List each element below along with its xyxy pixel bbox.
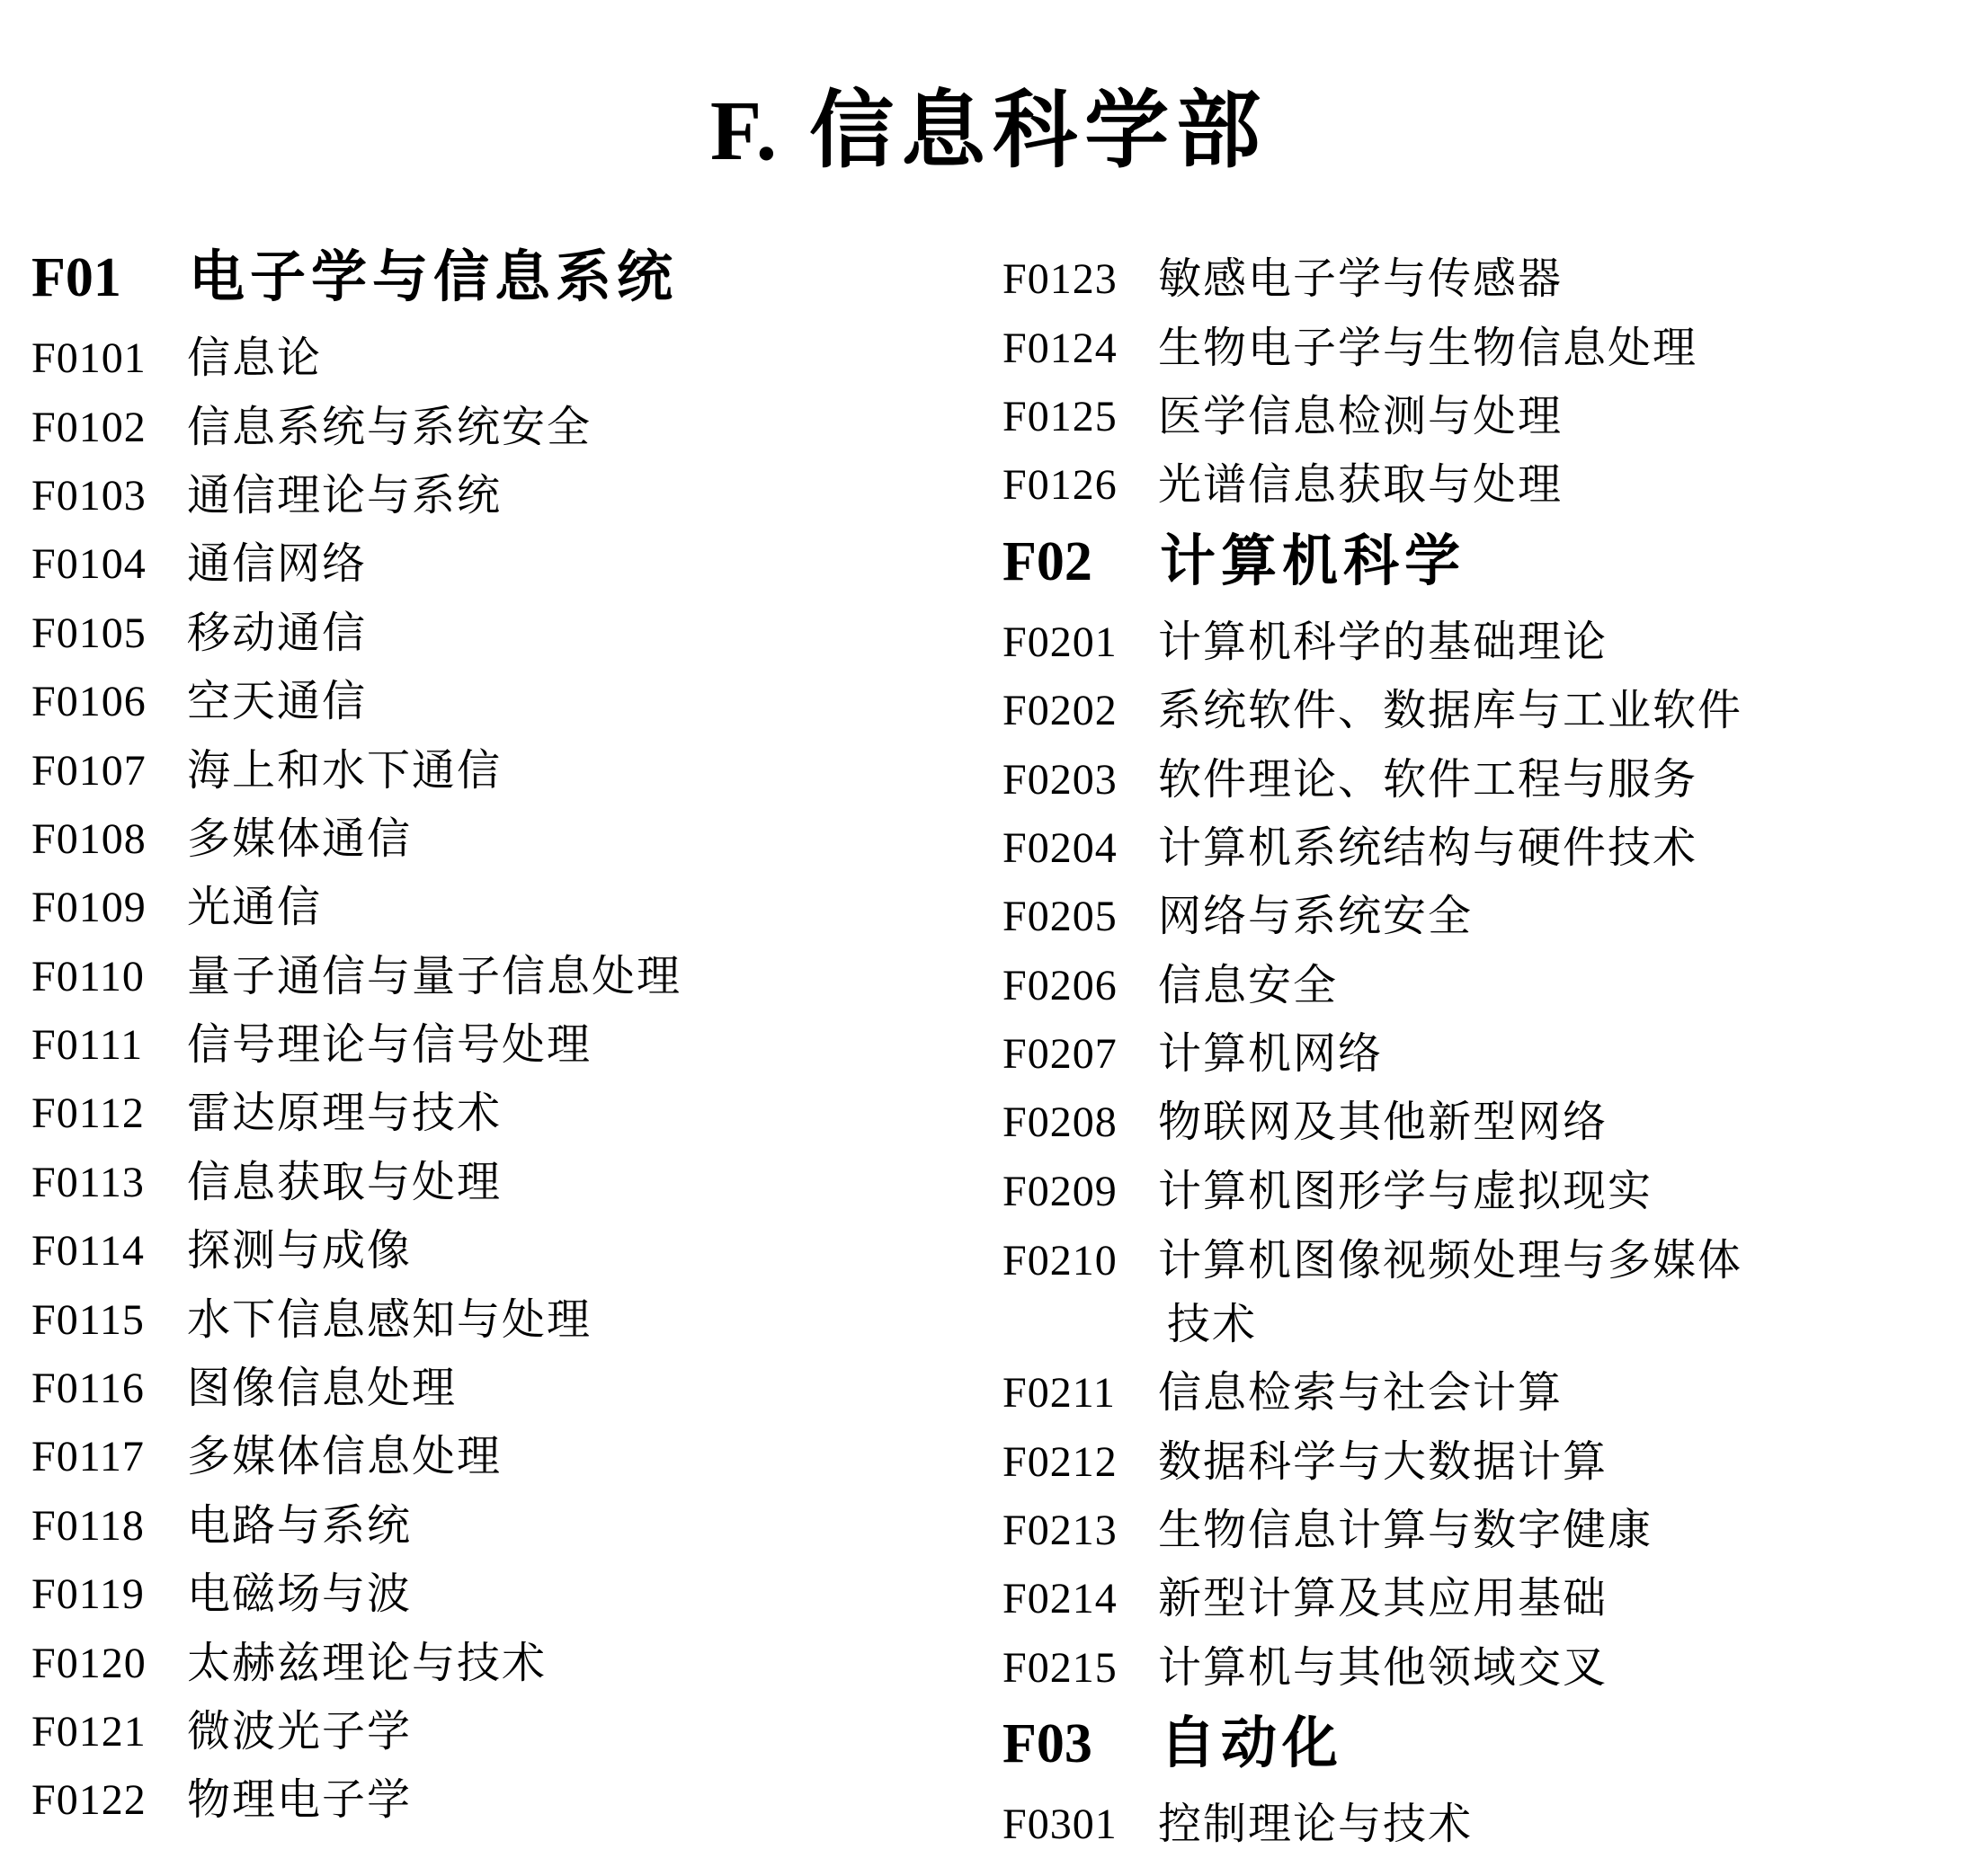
discipline-label: 控制理论与技术 bbox=[1158, 1803, 1473, 1846]
section-label: 自动化 bbox=[1160, 1716, 1343, 1772]
discipline-row: F0210 计算机图像视频处理与多媒体技术 bbox=[1002, 1226, 1978, 1359]
discipline-row: F0215 计算机与其他领域交叉 bbox=[1002, 1634, 1978, 1703]
discipline-row: F0126 光谱信息获取与处理 bbox=[1002, 451, 1978, 520]
discipline-code: F0102 bbox=[31, 406, 187, 449]
discipline-code: F0205 bbox=[1002, 895, 1158, 938]
discipline-code: F0301 bbox=[1002, 1803, 1158, 1846]
discipline-label: 雷达原理与技术 bbox=[187, 1092, 502, 1135]
discipline-code: F0124 bbox=[1002, 327, 1158, 370]
discipline-label: 物联网及其他新型网络 bbox=[1158, 1101, 1608, 1144]
discipline-row: F0213 生物信息计算与数字健康 bbox=[1002, 1497, 1978, 1565]
discipline-row: F0124 生物电子学与生物信息处理 bbox=[1002, 314, 1978, 382]
discipline-code: F0208 bbox=[1002, 1101, 1158, 1144]
discipline-row: F0212 数据科学与大数据计算 bbox=[1002, 1427, 1978, 1496]
section-label: 计算机科学 bbox=[1160, 534, 1466, 590]
discipline-label: 信息获取与处理 bbox=[187, 1161, 502, 1205]
discipline-code: F0113 bbox=[31, 1161, 187, 1205]
discipline-row: F0112 雷达原理与技术 bbox=[31, 1080, 980, 1148]
discipline-row: F0115 水下信息感知与处理 bbox=[31, 1285, 980, 1354]
discipline-row: F0207 计算机网络 bbox=[1002, 1020, 1978, 1089]
discipline-code: F0203 bbox=[1002, 759, 1158, 802]
discipline-label: 通信网络 bbox=[187, 543, 367, 586]
discipline-code: F0101 bbox=[31, 337, 187, 380]
discipline-code: F0110 bbox=[31, 956, 187, 999]
discipline-label: 生物电子学与生物信息处理 bbox=[1158, 327, 1697, 370]
discipline-label-line1: 计算机图像视频处理与多媒体 bbox=[1158, 1229, 1742, 1293]
discipline-code: F0111 bbox=[31, 1024, 187, 1067]
discipline-row: F0102 信息系统与系统安全 bbox=[31, 393, 980, 461]
discipline-code: F0204 bbox=[1002, 827, 1158, 870]
discipline-row: F0121 微波光子学 bbox=[31, 1698, 980, 1766]
discipline-label: 数据科学与大数据计算 bbox=[1158, 1441, 1608, 1484]
discipline-code: F0119 bbox=[31, 1573, 187, 1616]
discipline-code: F0106 bbox=[31, 680, 187, 724]
discipline-code: F0105 bbox=[31, 612, 187, 655]
discipline-label: 微波光子学 bbox=[187, 1711, 412, 1754]
discipline-code: F0103 bbox=[31, 475, 187, 518]
discipline-code: F0112 bbox=[31, 1092, 187, 1135]
discipline-label: 新型计算及其应用基础 bbox=[1158, 1578, 1608, 1621]
page-title: F.信息科学部 bbox=[0, 88, 1978, 173]
discipline-label: 海上和水下通信 bbox=[187, 750, 502, 793]
section-heading-row: F01 电子学与信息系统 bbox=[31, 240, 980, 316]
discipline-label: 通信理论与系统 bbox=[187, 475, 502, 518]
discipline-row: F0202 系统软件、数据库与工业软件 bbox=[1002, 677, 1978, 745]
discipline-label: 信息安全 bbox=[1158, 965, 1338, 1008]
discipline-label: 光谱信息获取与处理 bbox=[1158, 464, 1563, 507]
discipline-code: F0108 bbox=[31, 818, 187, 861]
discipline-row: F0203 软件理论、软件工程与服务 bbox=[1002, 745, 1978, 814]
discipline-row: F0113 信息获取与处理 bbox=[31, 1149, 980, 1217]
discipline-code: F0207 bbox=[1002, 1033, 1158, 1076]
discipline-row: F0103 通信理论与系统 bbox=[31, 462, 980, 530]
discipline-label: 物理电子学 bbox=[187, 1779, 412, 1822]
discipline-label: 软件理论、软件工程与服务 bbox=[1158, 759, 1697, 802]
discipline-row: F0123 敏感电子学与传感器 bbox=[1002, 245, 1978, 314]
discipline-label: 太赫兹理论与技术 bbox=[187, 1642, 547, 1685]
discipline-label: 信息论 bbox=[187, 337, 322, 380]
discipline-label: 医学信息检测与处理 bbox=[1158, 396, 1563, 439]
discipline-row: F0107 海上和水下通信 bbox=[31, 736, 980, 805]
discipline-label: 移动通信 bbox=[187, 612, 367, 655]
discipline-row: F0117 多媒体信息处理 bbox=[31, 1423, 980, 1491]
discipline-code: F0120 bbox=[31, 1642, 187, 1685]
discipline-code: F0115 bbox=[31, 1299, 187, 1342]
discipline-code: F0201 bbox=[1002, 621, 1158, 664]
discipline-code: F0104 bbox=[31, 543, 187, 586]
discipline-label: 量子通信与量子信息处理 bbox=[187, 956, 682, 999]
discipline-code: F0212 bbox=[1002, 1441, 1158, 1484]
section-heading-row: F03 自动化 bbox=[1002, 1706, 1978, 1782]
discipline-label: 电路与系统 bbox=[187, 1505, 412, 1548]
page-title-text: 信息科学部 bbox=[809, 83, 1268, 177]
discipline-row: F0208 物联网及其他新型网络 bbox=[1002, 1089, 1978, 1157]
discipline-label: 电磁场与波 bbox=[187, 1573, 412, 1616]
discipline-row: F0206 信息安全 bbox=[1002, 952, 1978, 1020]
discipline-code: F0211 bbox=[1002, 1372, 1158, 1415]
discipline-label: 计算机与其他领域交叉 bbox=[1158, 1647, 1608, 1690]
document-page: F.信息科学部 F01 电子学与信息系统 F0101 信息论 F0102 信息系… bbox=[0, 0, 1978, 1876]
discipline-code: F0125 bbox=[1002, 396, 1158, 439]
discipline-row: F0301 控制理论与技术 bbox=[1002, 1791, 1978, 1859]
section-code: F03 bbox=[1002, 1716, 1160, 1772]
discipline-code: F0215 bbox=[1002, 1647, 1158, 1690]
column-right: F0123 敏感电子学与传感器 F0124 生物电子学与生物信息处理 F0125… bbox=[1002, 245, 1978, 1859]
discipline-row: F0205 网络与系统安全 bbox=[1002, 883, 1978, 951]
section-code: F02 bbox=[1002, 534, 1160, 590]
discipline-code: F0117 bbox=[31, 1436, 187, 1479]
discipline-label: 水下信息感知与处理 bbox=[187, 1299, 592, 1342]
discipline-row: F0104 通信网络 bbox=[31, 530, 980, 599]
discipline-label: 计算机科学的基础理论 bbox=[1158, 621, 1608, 664]
discipline-label: 系统软件、数据库与工业软件 bbox=[1158, 689, 1742, 733]
discipline-row: F0209 计算机图形学与虚拟现实 bbox=[1002, 1158, 1978, 1226]
discipline-row: F0125 医学信息检测与处理 bbox=[1002, 383, 1978, 451]
discipline-row: F0204 计算机系统结构与硬件技术 bbox=[1002, 814, 1978, 883]
discipline-code: F0121 bbox=[31, 1711, 187, 1754]
discipline-code: F0116 bbox=[31, 1367, 187, 1410]
discipline-row: F0116 图像信息处理 bbox=[31, 1355, 980, 1423]
discipline-label: 图像信息处理 bbox=[187, 1367, 457, 1410]
discipline-label: 光通信 bbox=[187, 886, 322, 929]
discipline-row: F0114 探测与成像 bbox=[31, 1217, 980, 1285]
discipline-label: 计算机图像视频处理与多媒体技术 bbox=[1158, 1226, 1742, 1356]
discipline-label: 信息系统与系统安全 bbox=[187, 406, 592, 449]
discipline-row: F0214 新型计算及其应用基础 bbox=[1002, 1565, 1978, 1633]
discipline-row: F0211 信息检索与社会计算 bbox=[1002, 1359, 1978, 1427]
discipline-code: F0107 bbox=[31, 750, 187, 793]
discipline-label: 信息检索与社会计算 bbox=[1158, 1372, 1563, 1415]
discipline-label: 网络与系统安全 bbox=[1158, 895, 1473, 938]
section-code: F01 bbox=[31, 250, 189, 306]
discipline-label: 敏感电子学与传感器 bbox=[1158, 258, 1563, 301]
column-left: F01 电子学与信息系统 F0101 信息论 F0102 信息系统与系统安全 F… bbox=[31, 240, 980, 1836]
discipline-code: F0109 bbox=[31, 886, 187, 929]
discipline-row: F0122 物理电子学 bbox=[31, 1766, 980, 1835]
section-label: 电子学与信息系统 bbox=[189, 250, 678, 306]
discipline-code: F0202 bbox=[1002, 689, 1158, 733]
discipline-row: F0119 电磁场与波 bbox=[31, 1560, 980, 1629]
discipline-label: 空天通信 bbox=[187, 680, 367, 724]
discipline-code: F0114 bbox=[31, 1230, 187, 1273]
discipline-label: 生物信息计算与数字健康 bbox=[1158, 1509, 1653, 1552]
discipline-row: F0118 电路与系统 bbox=[31, 1492, 980, 1560]
discipline-label: 探测与成像 bbox=[187, 1230, 412, 1273]
discipline-code: F0214 bbox=[1002, 1578, 1158, 1621]
discipline-label: 多媒体信息处理 bbox=[187, 1436, 502, 1479]
discipline-row: F0109 光通信 bbox=[31, 874, 980, 942]
discipline-row: F0201 计算机科学的基础理论 bbox=[1002, 609, 1978, 677]
discipline-row: F0101 信息论 bbox=[31, 325, 980, 393]
discipline-row: F0110 量子通信与量子信息处理 bbox=[31, 943, 980, 1011]
discipline-label: 多媒体通信 bbox=[187, 818, 412, 861]
discipline-code: F0122 bbox=[31, 1779, 187, 1822]
section-heading-row: F02 计算机科学 bbox=[1002, 524, 1978, 600]
discipline-code: F0126 bbox=[1002, 464, 1158, 507]
discipline-code: F0123 bbox=[1002, 258, 1158, 301]
discipline-row: F0111 信号理论与信号处理 bbox=[31, 1011, 980, 1080]
discipline-row: F0108 多媒体通信 bbox=[31, 805, 980, 874]
discipline-label: 计算机系统结构与硬件技术 bbox=[1158, 827, 1697, 870]
discipline-code: F0213 bbox=[1002, 1509, 1158, 1552]
discipline-label: 计算机图形学与虚拟现实 bbox=[1158, 1170, 1653, 1214]
discipline-code: F0210 bbox=[1002, 1226, 1158, 1293]
discipline-code: F0206 bbox=[1002, 965, 1158, 1008]
discipline-code: F0118 bbox=[31, 1505, 187, 1548]
discipline-row: F0106 空天通信 bbox=[31, 668, 980, 736]
page-title-prefix: F. bbox=[710, 84, 779, 178]
discipline-code: F0209 bbox=[1002, 1170, 1158, 1214]
discipline-row: F0105 移动通信 bbox=[31, 600, 980, 668]
discipline-row: F0120 太赫兹理论与技术 bbox=[31, 1629, 980, 1697]
discipline-label: 信号理论与信号处理 bbox=[187, 1024, 592, 1067]
discipline-label-line2: 技术 bbox=[1158, 1293, 1742, 1356]
discipline-label: 计算机网络 bbox=[1158, 1033, 1383, 1076]
